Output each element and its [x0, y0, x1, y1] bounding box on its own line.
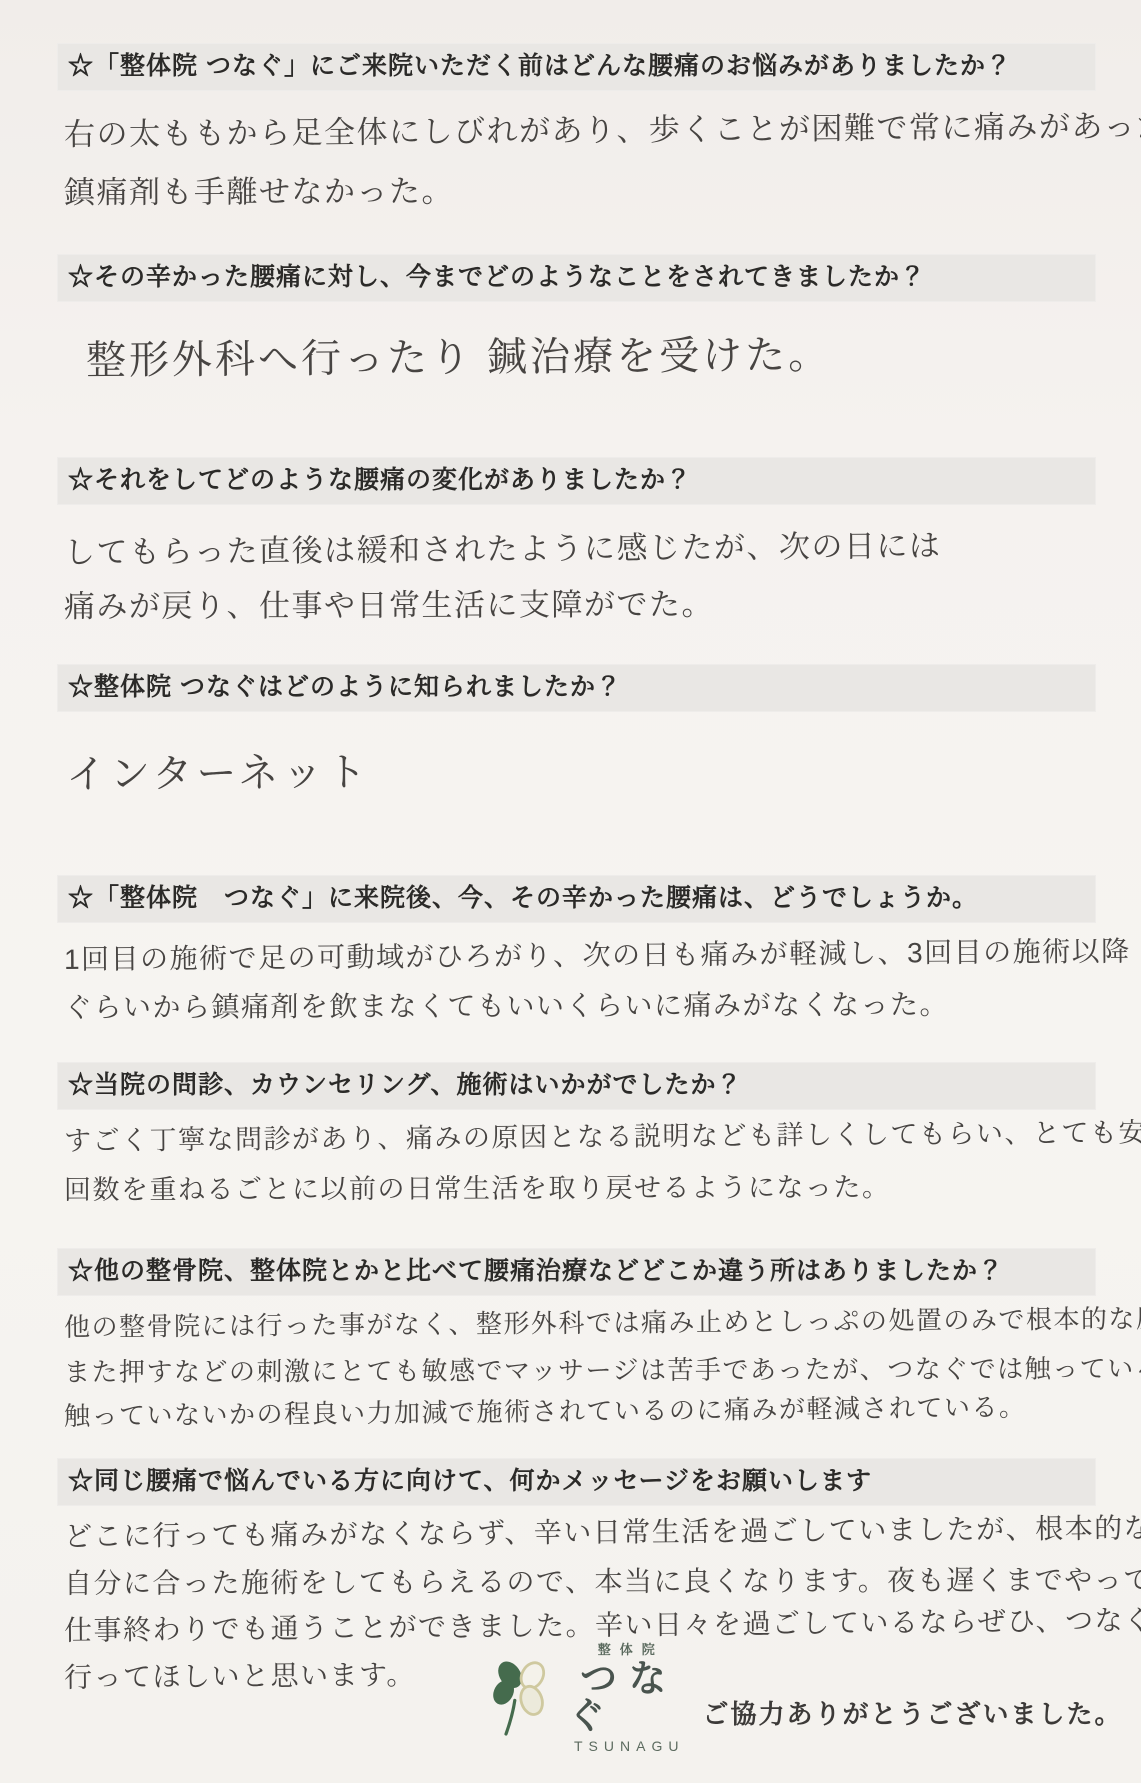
handwriting-line: 整形外科へ行ったり 鍼治療を受けた。: [86, 319, 1092, 396]
survey-section: ☆当院の問診、カウンセリング、施術はいかがでしたか？ すごく丁寧な問診があり、痛…: [58, 1063, 1095, 1214]
handwriting-line: 行ってほしいと思います。: [64, 1646, 1091, 1701]
question-band: ☆「整体院 つなぐ」に来院後、今、その辛かった腰痛は、どうでしょうか。: [58, 876, 1095, 922]
handwriting-line: してもらった直後は緩和されたように感じたが、次の日には: [64, 518, 1091, 580]
handwritten-answer: すごく丁寧な問診があり、痛みの原因となる説明なども詳しくしてもらい、とても安心だ…: [58, 1109, 1095, 1214]
handwriting-line: どこに行っても痛みがなくならず、辛い日常生活を過ごしていましたが、根本的な原因が…: [64, 1505, 1091, 1560]
handwriting-line: 痛みが戻り、仕事や日常生活に支障がでた。: [64, 577, 1091, 635]
survey-section: ☆同じ腰痛で悩んでいる方に向けて、何かメッセージをお願いします どこに行っても痛…: [58, 1459, 1095, 1701]
handwritten-answer: どこに行っても痛みがなくならず、辛い日常生活を過ごしていましたが、根本的な原因が…: [58, 1505, 1095, 1701]
handwritten-answer: してもらった直後は緩和されたように感じたが、次の日には 痛みが戻り、仕事や日常生…: [58, 504, 1095, 635]
survey-section: ☆他の整骨院、整体院とかと比べて腰痛治療などどこか違う所はありましたか？ 他の整…: [58, 1249, 1095, 1439]
handwritten-answer: インターネット: [58, 711, 1095, 810]
handwritten-answer: 1回目の施術で足の可動域がひろがり、次の日も痛みが軽減し、3回目の施術以降 ぐら…: [58, 922, 1095, 1031]
survey-section: ☆整体院 つなぐはどのように知られましたか？ インターネット: [58, 665, 1095, 810]
handwriting-line: 1回目の施術で足の可動域がひろがり、次の日も痛みが軽減し、3回目の施術以降: [64, 928, 1091, 984]
handwriting-line: すごく丁寧な問診があり、痛みの原因となる説明なども詳しくしてもらい、とても安心だ…: [64, 1109, 1091, 1166]
survey-section: ☆それをしてどのような腰痛の変化がありましたか？ してもらった直後は緩和されたよ…: [58, 458, 1095, 635]
survey-section: ☆「整体院 つなぐ」にご来院いただく前はどんな腰痛のお悩みがありましたか？ 右の…: [58, 44, 1095, 221]
handwriting-line: 他の整骨院には行った事がなく、整形外科では痛み止めとしっぷの処置のみで根本的な原…: [64, 1297, 1091, 1350]
question-band: ☆その辛かった腰痛に対し、今までどのようなことをされてきましたか？: [58, 255, 1095, 301]
question-band: ☆それをしてどのような腰痛の変化がありましたか？: [58, 458, 1095, 504]
question-band: ☆同じ腰痛で悩んでいる方に向けて、何かメッセージをお願いします: [58, 1459, 1095, 1505]
question-band: ☆他の整骨院、整体院とかと比べて腰痛治療などどこか違う所はありましたか？: [58, 1249, 1095, 1295]
handwritten-answer: 他の整骨院には行った事がなく、整形外科では痛み止めとしっぷの処置のみで根本的な原…: [58, 1295, 1095, 1439]
question-band: ☆整体院 つなぐはどのように知られましたか？: [58, 665, 1095, 711]
question-band: ☆当院の問診、カウンセリング、施術はいかがでしたか？: [58, 1063, 1095, 1109]
scanned-survey-page: { "sections": [ { "question": "☆「整体院 つなぐ…: [0, 0, 1141, 1783]
handwriting-line: 触っていないかの程良い力加減で施術されているのに痛みが軽減されている。: [64, 1384, 1091, 1439]
handwriting-line: 右の太ももから足全体にしびれがあり、歩くことが困難で常に痛みがあった。: [64, 98, 1091, 163]
handwriting-line: ぐらいから鎮痛剤を飲まなくてもいいくらいに痛みがなくなった。: [64, 980, 1091, 1031]
clinic-name-romaji: TSUNAGU: [568, 1739, 684, 1753]
handwriting-line: 鎮痛剤も手離せなかった。: [64, 160, 1091, 221]
survey-content: ☆「整体院 つなぐ」にご来院いただく前はどんな腰痛のお悩みがありましたか？ 右の…: [0, 0, 1141, 1783]
handwritten-answer: 整形外科へ行ったり 鍼治療を受けた。: [58, 301, 1095, 396]
question-band: ☆「整体院 つなぐ」にご来院いただく前はどんな腰痛のお悩みがありましたか？: [58, 44, 1095, 90]
handwriting-line: 回数を重ねるごとに以前の日常生活を取り戻せるようになった。: [64, 1162, 1091, 1214]
survey-section: ☆「整体院 つなぐ」に来院後、今、その辛かった腰痛は、どうでしょうか。 1回目の…: [58, 876, 1095, 1031]
handwriting-line: インターネット: [66, 733, 1092, 810]
handwritten-answer: 右の太ももから足全体にしびれがあり、歩くことが困難で常に痛みがあった。 鎮痛剤も…: [58, 90, 1095, 221]
survey-section: ☆その辛かった腰痛に対し、今までどのようなことをされてきましたか？ 整形外科へ行…: [58, 255, 1095, 396]
